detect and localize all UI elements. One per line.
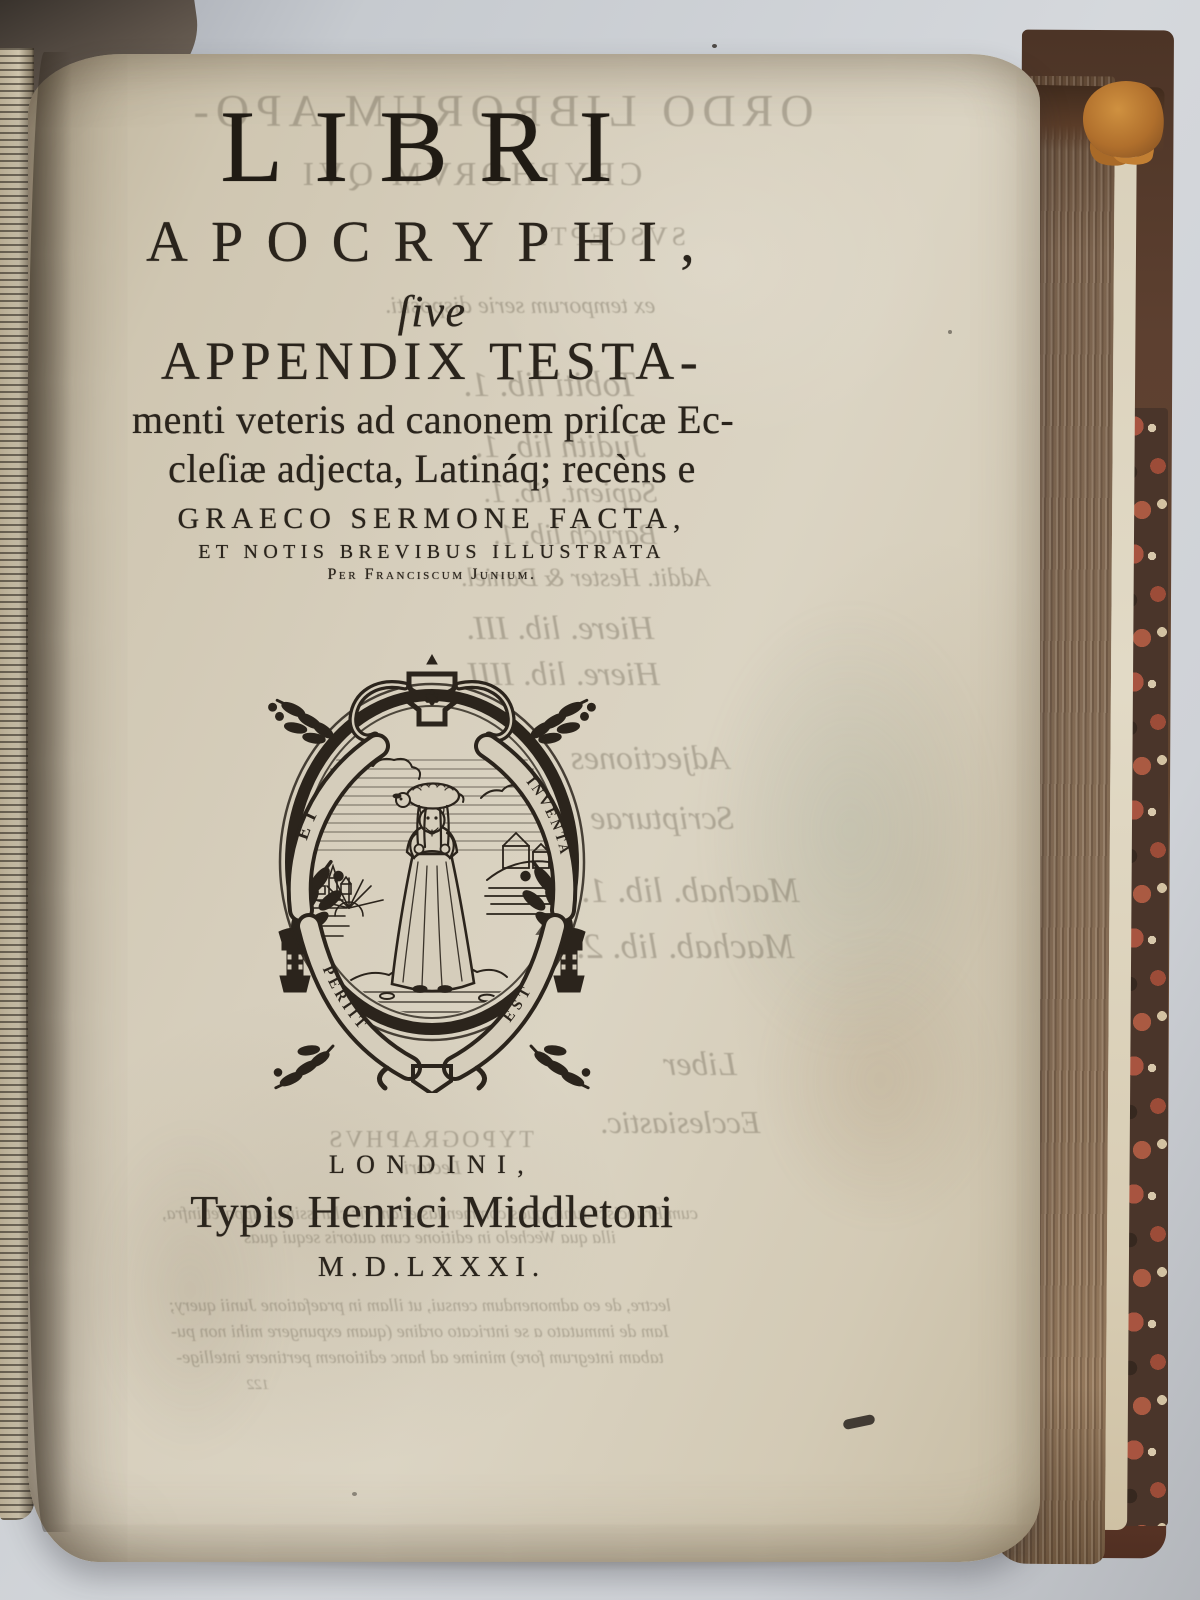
title-line-appendix: APPENDIX TESTA-: [132, 334, 732, 388]
bleed-through-text-line: tabam integrum fore) minime ad hanc edit…: [100, 1348, 740, 1366]
bleed-through-text-line: lectre, de eo admonendum censui, ut illa…: [100, 1296, 740, 1314]
title-line-apocryphi: APOCRYPHI,: [132, 213, 732, 271]
title-line-sive: ſive: [132, 290, 732, 334]
ink-speck: [712, 44, 717, 48]
bleed-through-text-line: 122: [0, 1378, 578, 1393]
bleed-through-text-line: Iam de immutato a se intricato ordine (q…: [100, 1322, 740, 1340]
good-shepherd-figure: [392, 784, 474, 993]
ink-speck: [948, 330, 952, 334]
imprint-city: LONDINI,: [132, 1152, 732, 1178]
printer-device-woodcut: ET INVENTA PERIIT EST: [237, 648, 627, 1093]
bleed-through-text-line: Hiere. lib. III.: [240, 612, 880, 646]
book-photograph: ORDO LIBRORUM APO-CRYPHORVM QVISVSCEPTIe…: [0, 0, 1200, 1600]
title-line-graeco: GRAECO SERMONE FACTA,: [132, 504, 732, 534]
imprint-year: M.D.LXXXI.: [132, 1253, 732, 1282]
ink-speck: [352, 1492, 357, 1496]
title-line-clesiae: cleſiæ adjecta, Latináq; recèns e: [132, 449, 732, 489]
title-line-notis: ET NOTIS BREVIBUS ILLUSTRATA: [132, 542, 732, 562]
title-line-menti: menti veteris ad canonem priſcæ Ec-: [132, 400, 732, 440]
title-line-libri: LIBRI: [132, 96, 732, 199]
bleed-through-text-line: TYPOGRAPHVS: [110, 1128, 750, 1152]
imprint-printer: Typis Henrici Middletoni: [132, 1189, 732, 1235]
title-line-author: Per Franciscum Junium.: [132, 567, 732, 583]
